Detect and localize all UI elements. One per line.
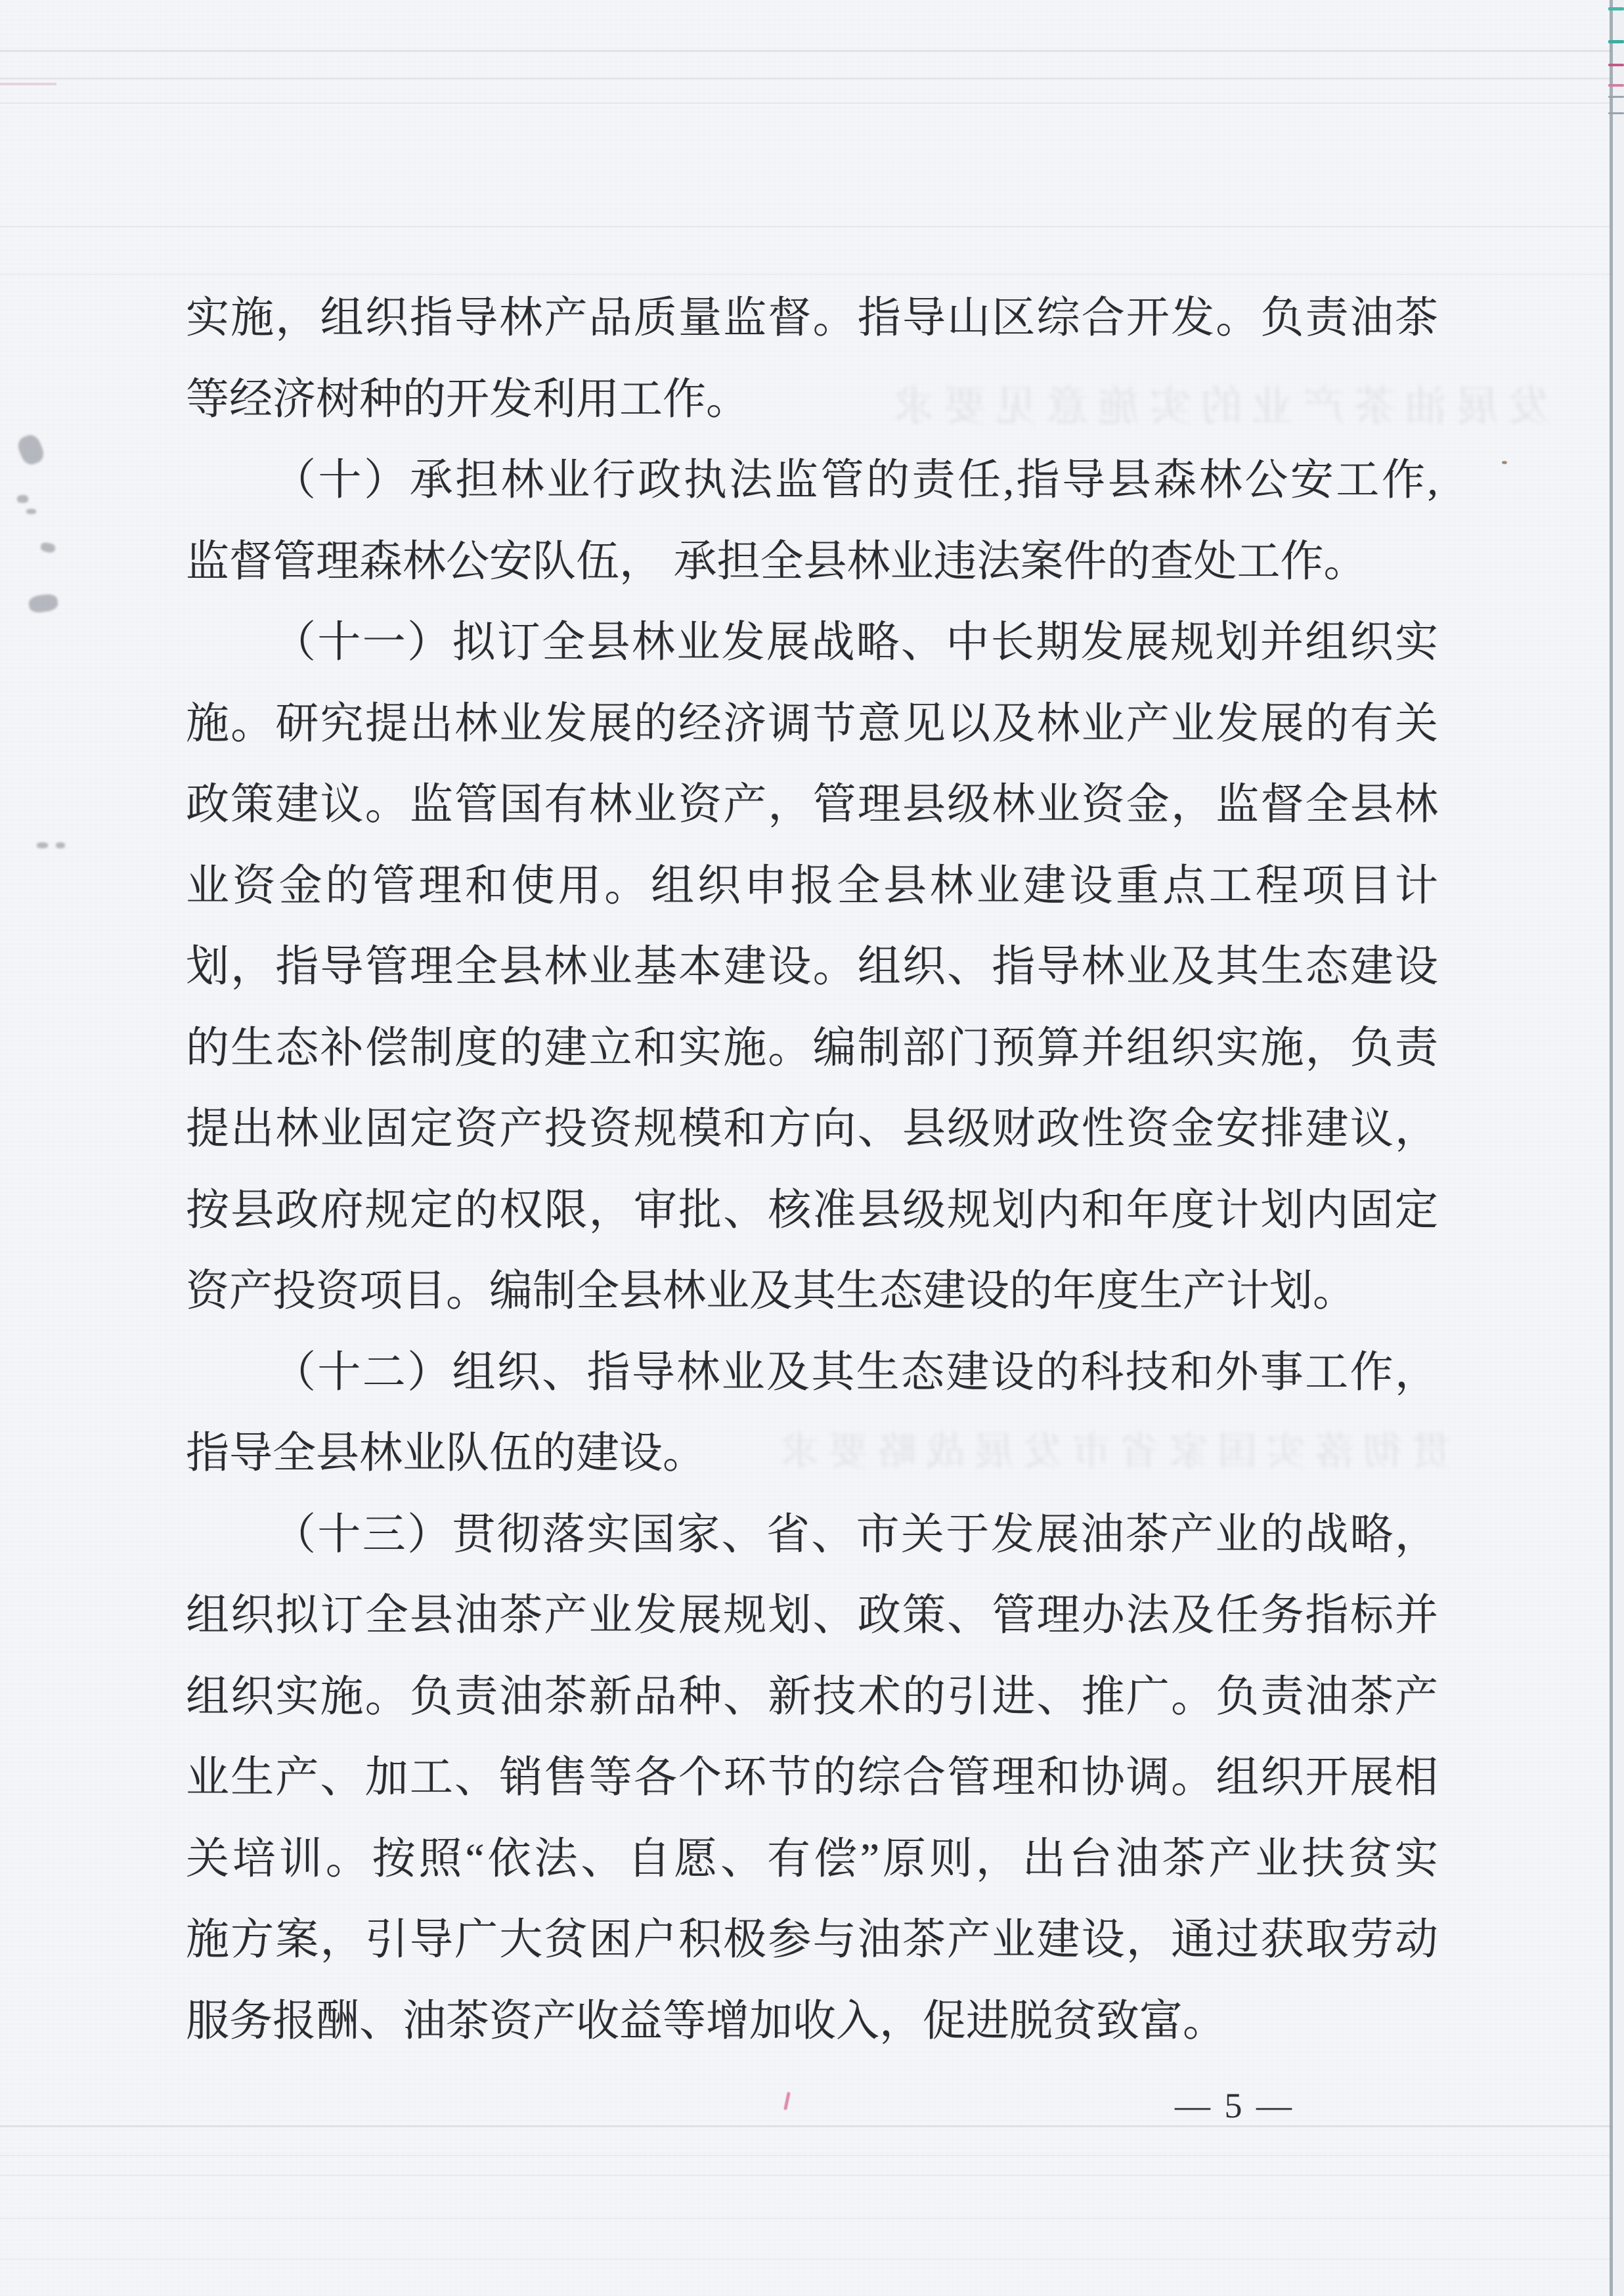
text-line: 施。研究提出林业发展的经济调节意见以及林业产业发展的有关	[186, 683, 1438, 765]
scanned-document-page: 发展油茶产业的实施意见要求 贯彻落实国家省市发展战略要求 实施，组织指导林产品质…	[0, 0, 1624, 2296]
text-line: 等经济树种的开发利用工作。	[186, 359, 1438, 441]
text-line: 组织拟订全县油茶产业发展规划、政策、管理办法及任务指标并	[186, 1575, 1438, 1657]
scan-color-tick	[1608, 7, 1624, 11]
text-line: 服务报酬、油茶资产收益等增加收入，促进脱贫致富。	[186, 1981, 1438, 2062]
text-line: 指导全县林业队伍的建设。	[186, 1413, 1438, 1494]
text-line: 的生态补偿制度的建立和实施。编制部门预算并组织实施，负责	[186, 1008, 1438, 1089]
scan-color-tick	[1608, 40, 1624, 43]
text-line: （十二）组织、指导林业及其生态建设的科技和外事工作，	[186, 1332, 1438, 1414]
text-line: 施方案，引导广大贫困户积极参与油茶产业建设，通过获取劳动	[186, 1899, 1438, 1981]
scan-streak	[0, 2218, 1624, 2219]
margin-smudge	[26, 509, 36, 514]
scan-streak	[0, 2155, 1624, 2156]
text-line: 关培训。按照“依法、自愿、有偿”原则，出台油茶产业扶贫实	[186, 1819, 1438, 1900]
scan-streak	[0, 274, 1624, 275]
text-line: （十）承担林业行政执法监管的责任,指导县森林公安工作,	[186, 440, 1438, 521]
margin-smudge	[40, 542, 56, 553]
scan-streak	[0, 2259, 1624, 2260]
text-line: 提出林业固定资产投资规模和方向、县级财政性资金安排建议，	[186, 1089, 1438, 1170]
text-line: 业生产、加工、销售等各个环节的综合管理和协调。组织开展相	[186, 1737, 1438, 1819]
margin-smudge	[17, 495, 28, 503]
text-line: 组织实施。负责油茶新品种、新技术的引进、推广。负责油茶产	[186, 1657, 1438, 1738]
margin-smudge	[37, 842, 48, 848]
text-line: 资产投资项目。编制全县林业及其生态建设的年度生产计划。	[186, 1251, 1438, 1332]
pink-tick-mark	[783, 2092, 791, 2110]
scan-streak	[0, 77, 1624, 79]
page-number: — 5 —	[1166, 2083, 1304, 2129]
scan-color-tick	[1608, 96, 1624, 98]
brown-speck	[1502, 461, 1507, 464]
scan-streak	[0, 50, 1624, 52]
text-line: 划，指导管理全县林业基本建设。组织、指导林业及其生态建设	[186, 926, 1438, 1008]
text-line: 政策建议。监管国有林业资产，管理县级林业资金，监督全县林	[186, 764, 1438, 846]
margin-smudge	[15, 432, 47, 467]
scan-streak	[0, 2125, 1624, 2127]
text-line: （十一）拟订全县林业发展战略、中长期发展规划并组织实	[186, 602, 1438, 683]
scan-edge-strip	[1613, 0, 1624, 2296]
margin-smudge	[28, 593, 58, 614]
body-text: 实施，组织指导林产品质量监督。指导山区综合开发。负责油茶 等经济树种的开发利用工…	[186, 278, 1438, 2062]
scan-streak	[0, 2175, 1624, 2176]
scan-edge-line	[1610, 0, 1613, 2296]
scan-streak	[0, 102, 1624, 104]
scan-pink-line	[0, 83, 56, 85]
text-line: 业资金的管理和使用。组织申报全县林业建设重点工程项目计	[186, 846, 1438, 927]
scan-streak	[0, 226, 1624, 227]
text-line: 监督管理森林公安队伍， 承担全县林业违法案件的查处工作。	[186, 521, 1438, 603]
text-line: （十三）贯彻落实国家、省、市关于发展油茶产业的战略，	[186, 1494, 1438, 1576]
text-line: 按县政府规定的权限，审批、核准县级规划内和年度计划内固定	[186, 1170, 1438, 1251]
scan-color-tick	[1608, 64, 1624, 66]
text-line: 实施，组织指导林产品质量监督。指导山区综合开发。负责油茶	[186, 278, 1438, 359]
scan-color-tick	[1608, 112, 1624, 114]
margin-smudge	[56, 842, 65, 848]
scan-color-tick	[1608, 84, 1624, 87]
